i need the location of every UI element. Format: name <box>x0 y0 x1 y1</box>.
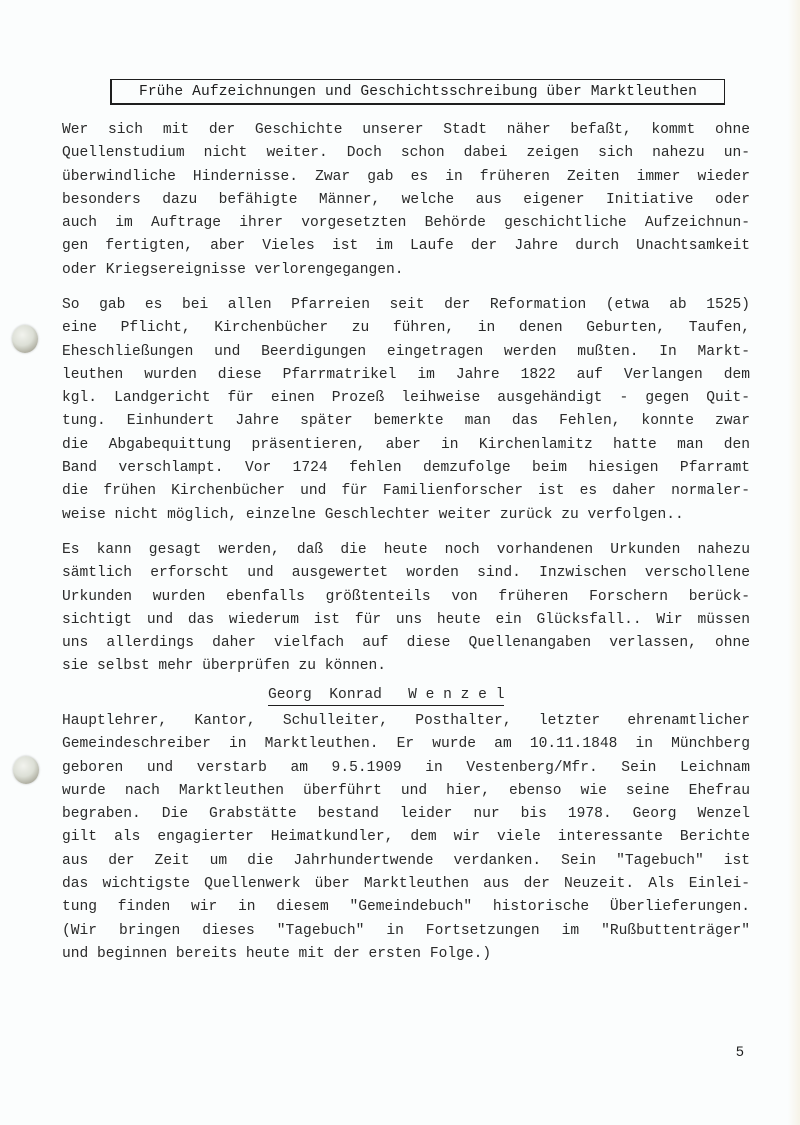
text-line: sämtlich erforscht und ausgewertet worde… <box>62 562 750 585</box>
page-edge-shadow <box>788 0 800 1125</box>
text-line: Hauptlehrer, Kantor, Schulleiter, Postha… <box>62 710 750 733</box>
paragraph-church-records: So gab es bei allen Pfarreien seit der R… <box>62 294 750 527</box>
text-line: wurde nach Marktleuthen überführt und hi… <box>62 780 750 803</box>
punch-hole-icon <box>13 756 39 784</box>
text-line: eine Pflicht, Kirchenbücher zu führen, i… <box>62 317 750 340</box>
text-line: tung finden wir in diesem "Gemeindebuch"… <box>62 896 750 919</box>
text-line: und beginnen bereits heute mit der erste… <box>62 943 750 966</box>
text-line: das wichtigste Quellenwerk über Marktleu… <box>62 873 750 896</box>
text-line: besonders dazu befähigte Männer, welche … <box>62 189 750 212</box>
text-line: sichtigt und das wiederum ist für uns he… <box>62 609 750 632</box>
document-page: Frühe Aufzeichnungen und Geschichtsschre… <box>0 0 800 1125</box>
text-line: weise nicht möglich, einzelne Geschlecht… <box>62 504 750 527</box>
text-line: Eheschließungen und Beerdigungen eingetr… <box>62 341 750 364</box>
text-line: uns allerdings daher vielfach auf diese … <box>62 632 750 655</box>
text-line: begraben. Die Grabstätte bestand leider … <box>62 803 750 826</box>
page-number: 5 <box>736 1043 744 1059</box>
page-title: Frühe Aufzeichnungen und Geschichtsschre… <box>139 84 697 100</box>
text-line: (Wir bringen dieses "Tagebuch" in Fortse… <box>62 920 750 943</box>
text-line: gilt als engagierter Heimatkundler, dem … <box>62 826 750 849</box>
paragraph-biography: Hauptlehrer, Kantor, Schulleiter, Postha… <box>62 710 750 966</box>
paragraph-intro: Wer sich mit der Geschichte unserer Stad… <box>62 119 750 282</box>
text-line: Urkunden wurden ebenfalls größtenteils v… <box>62 586 750 609</box>
text-line: tung. Einhundert Jahre später bemerkte m… <box>62 410 750 433</box>
text-line: Es kann gesagt werden, daß die heute noc… <box>62 539 750 562</box>
title-box: Frühe Aufzeichnungen und Geschichtsschre… <box>110 79 725 105</box>
text-line: Gemeindeschreiber in Marktleuthen. Er wu… <box>62 733 750 756</box>
text-line: Wer sich mit der Geschichte unserer Stad… <box>62 119 750 142</box>
text-line: kgl. Landgericht für einen Prozeß leihwe… <box>62 387 750 410</box>
text-line: So gab es bei allen Pfarreien seit der R… <box>62 294 750 317</box>
text-line: die frühen Kirchenbücher und für Familie… <box>62 480 750 503</box>
text-line: die Abgabequittung präsentieren, aber in… <box>62 434 750 457</box>
punch-hole-icon <box>12 325 38 353</box>
section-heading: Georg Konrad W e n z e l <box>268 686 504 706</box>
text-line: auch im Auftrage ihrer vorgesetzten Behö… <box>62 212 750 235</box>
text-line: Band verschlampt. Vor 1724 fehlen demzuf… <box>62 457 750 480</box>
text-line: leuthen wurden diese Pfarrmatrikel im Ja… <box>62 364 750 387</box>
text-line: geboren und verstarb am 9.5.1909 in Vest… <box>62 757 750 780</box>
paragraph-documents: Es kann gesagt werden, daß die heute noc… <box>62 539 750 679</box>
text-line: aus der Zeit um die Jahrhundertwende ver… <box>62 850 750 873</box>
text-line: überwindliche Hindernisse. Zwar gab es i… <box>62 166 750 189</box>
text-line: Quellenstudium nicht weiter. Doch schon … <box>62 142 750 165</box>
text-line: gen fertigten, aber Vieles ist im Laufe … <box>62 235 750 258</box>
text-line: oder Kriegsereignisse verlorengegangen. <box>62 259 750 282</box>
text-line: sie selbst mehr überprüfen zu können. <box>62 655 750 678</box>
